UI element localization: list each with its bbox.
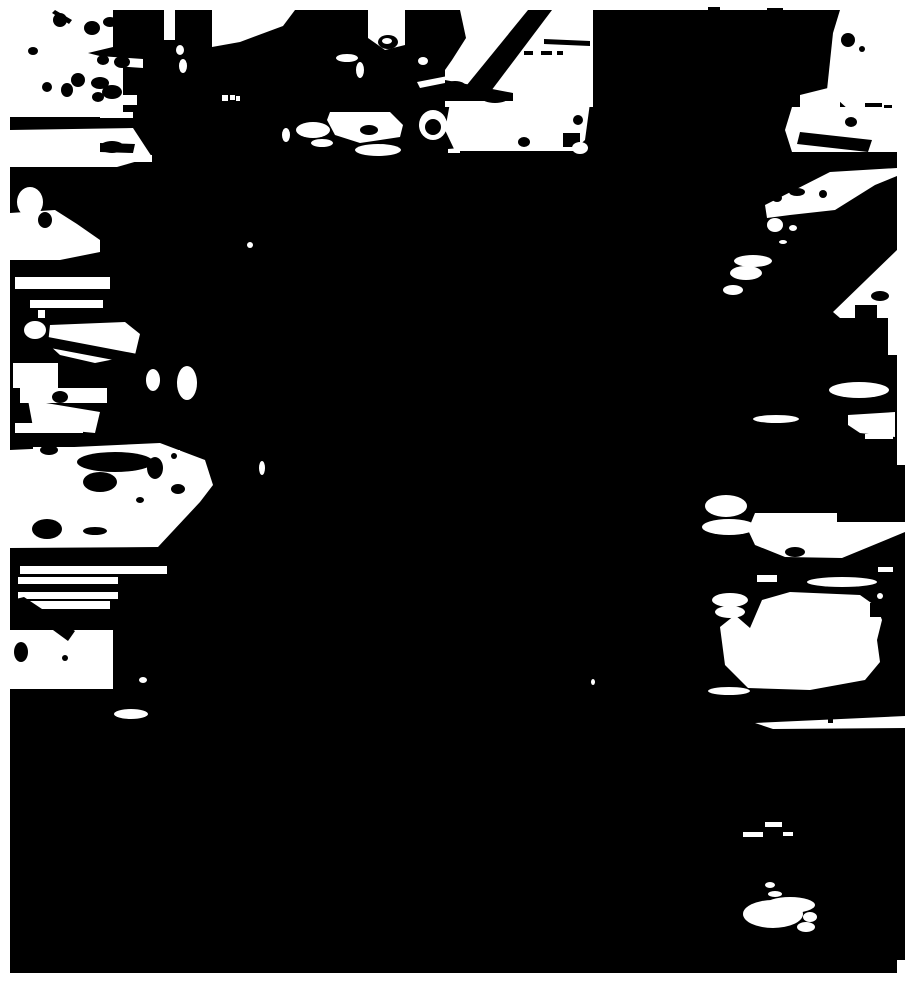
light-region — [789, 225, 797, 231]
light-region — [164, 10, 175, 40]
light-region — [18, 577, 118, 584]
dark-region — [767, 8, 783, 12]
light-region — [807, 577, 877, 587]
dark-region — [114, 56, 130, 68]
light-region — [757, 575, 777, 582]
light-region — [20, 566, 167, 574]
dark-region — [100, 143, 135, 153]
dark-region — [61, 83, 73, 97]
light-region — [230, 95, 235, 100]
light-region — [878, 567, 893, 572]
page: Binarized forest photograph — [0, 0, 905, 987]
light-region — [177, 366, 197, 400]
dark-region — [870, 603, 882, 617]
light-region — [222, 95, 228, 101]
light-region — [296, 122, 330, 138]
dark-region — [171, 484, 185, 494]
dark-region — [865, 103, 882, 107]
dark-region — [481, 91, 509, 103]
light-region — [236, 96, 240, 101]
light-region — [734, 255, 772, 267]
light-region — [382, 38, 392, 44]
light-region — [146, 369, 160, 391]
light-region — [712, 593, 748, 607]
dark-region — [84, 21, 100, 35]
dark-region — [52, 391, 68, 403]
light-region — [730, 266, 762, 280]
light-region — [15, 277, 110, 289]
dark-region — [32, 519, 62, 539]
light-region — [13, 363, 58, 388]
dark-region — [837, 513, 863, 522]
thresholded-photo: Binarized forest photograph — [0, 0, 905, 987]
light-region — [803, 912, 817, 922]
light-region — [888, 318, 897, 355]
dark-region — [425, 119, 441, 135]
light-region — [767, 218, 783, 232]
light-region — [753, 415, 799, 423]
dark-region — [841, 33, 855, 47]
light-region — [247, 242, 253, 248]
dark-region — [71, 73, 85, 87]
light-region — [572, 142, 588, 154]
light-region — [336, 54, 358, 62]
light-region — [779, 240, 787, 244]
light-region — [38, 310, 45, 318]
dark-region — [855, 305, 877, 318]
dark-region — [83, 527, 107, 535]
dark-region — [28, 47, 38, 55]
light-region — [24, 321, 46, 339]
dark-region — [789, 188, 805, 196]
dark-region — [443, 81, 467, 95]
dark-region — [360, 125, 378, 135]
light-region — [114, 709, 148, 719]
light-region — [708, 687, 750, 695]
light-region — [877, 593, 883, 599]
light-region — [715, 606, 745, 618]
dark-region — [845, 117, 857, 127]
dark-region — [573, 115, 583, 125]
light-region — [259, 461, 265, 475]
dark-region — [708, 7, 720, 10]
light-region — [100, 112, 133, 118]
light-region — [139, 677, 147, 683]
light-region — [743, 832, 763, 837]
dark-region — [147, 457, 163, 479]
dark-region — [541, 51, 552, 55]
light-region — [865, 434, 893, 439]
light-region — [356, 62, 364, 78]
dark-region — [871, 291, 889, 301]
light-region — [591, 679, 595, 685]
light-region — [765, 897, 815, 913]
dark-region — [40, 445, 58, 455]
light-region — [176, 45, 184, 55]
dark-region — [828, 716, 833, 723]
dark-region — [884, 105, 892, 108]
light-region — [30, 300, 103, 308]
dark-region — [859, 46, 865, 52]
dark-region — [102, 85, 122, 99]
light-region — [783, 832, 793, 836]
dark-region — [893, 465, 905, 960]
light-region — [179, 59, 187, 73]
light-region — [705, 495, 747, 517]
light-region — [723, 285, 743, 295]
dark-region — [42, 82, 52, 92]
light-region — [768, 891, 782, 897]
light-region — [110, 155, 152, 162]
dark-region — [557, 51, 563, 55]
light-region — [355, 144, 401, 156]
binarized-image-canvas — [0, 0, 905, 987]
light-region — [765, 822, 782, 827]
dark-region — [524, 51, 533, 55]
dark-region — [772, 194, 782, 202]
dark-region — [785, 547, 805, 557]
dark-region — [38, 212, 52, 228]
dark-region — [97, 55, 109, 65]
light-region — [702, 519, 756, 535]
light-region — [829, 382, 889, 398]
dark-region — [136, 497, 144, 503]
light-region — [282, 128, 290, 142]
dark-region — [62, 655, 68, 661]
light-region — [797, 922, 815, 932]
light-region — [18, 592, 118, 599]
dark-region — [171, 453, 177, 459]
dark-region — [77, 452, 153, 472]
light-region — [418, 57, 428, 65]
dark-region — [92, 92, 104, 102]
dark-region — [14, 642, 28, 662]
light-region — [765, 882, 775, 888]
dark-region — [83, 472, 117, 492]
dark-region — [103, 17, 117, 27]
dark-region — [518, 137, 530, 147]
dark-region — [819, 190, 827, 198]
light-region — [311, 139, 333, 147]
